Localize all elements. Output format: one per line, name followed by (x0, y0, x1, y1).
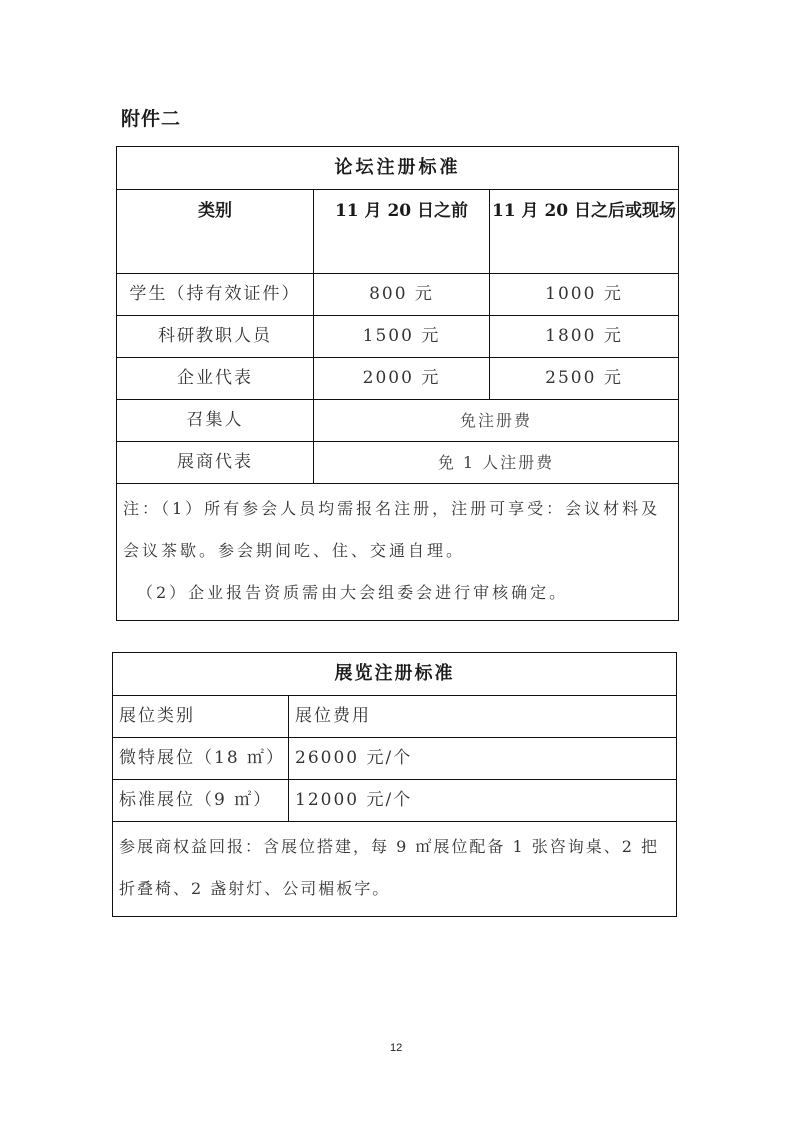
table-row: 标准展位（9 ㎡） 12000 元/个 (113, 780, 677, 822)
fee-cell: 免 1 人注册费 (314, 442, 679, 484)
category-cell: 召集人 (117, 400, 314, 442)
booth-fee-cell: 26000 元/个 (289, 738, 677, 780)
booth-fee-cell: 12000 元/个 (289, 780, 677, 822)
booth-type-cell: 微特展位（18 ㎡） (113, 738, 289, 780)
table-row: 展商代表 免 1 人注册费 (117, 442, 679, 484)
note-line-1: 注：（1）所有参会人员均需报名注册，注册可享受：会议材料及会议茶歇。参会期间吃、… (123, 499, 660, 560)
table-row: 科研教职人员 1500 元 1800 元 (117, 316, 679, 358)
table-row: 企业代表 2000 元 2500 元 (117, 358, 679, 400)
table-row: 召集人 免注册费 (117, 400, 679, 442)
category-cell: 科研教职人员 (117, 316, 314, 358)
booth-type-cell: 标准展位（9 ㎡） (113, 780, 289, 822)
category-cell: 学生（持有效证件） (117, 274, 314, 316)
after-fee-cell: 1800 元 (490, 316, 679, 358)
header-before-date: 11 月 20 日之前 (314, 190, 490, 274)
table-header-row: 展位类别 展位费用 (113, 696, 677, 738)
header-booth-fee: 展位费用 (289, 696, 677, 738)
category-cell: 企业代表 (117, 358, 314, 400)
forum-table-title: 论坛注册标准 (117, 147, 679, 190)
exhibition-registration-table: 展览注册标准 展位类别 展位费用 微特展位（18 ㎡） 26000 元/个 标准… (112, 652, 677, 917)
page-number: 12 (390, 1042, 402, 1054)
note-line-2: （2）企业报告资质需由大会组委会进行审核确定。 (123, 572, 674, 614)
header-after-date: 11 月 20 日之后或现场 (490, 190, 679, 274)
header-category: 类别 (117, 190, 314, 274)
exhibition-note: 参展商权益回报：含展位搭建，每 9 ㎡展位配备 1 张咨询桌、2 把折叠椅、2 … (113, 822, 677, 917)
fee-cell: 免注册费 (314, 400, 679, 442)
exhibition-table-title: 展览注册标准 (113, 653, 677, 696)
after-fee-cell: 2500 元 (490, 358, 679, 400)
forum-registration-table: 论坛注册标准 类别 11 月 20 日之前 11 月 20 日之后或现场 学生（… (116, 146, 679, 621)
forum-note: 注：（1）所有参会人员均需报名注册，注册可享受：会议材料及会议茶歇。参会期间吃、… (117, 484, 679, 621)
table-row: 微特展位（18 ㎡） 26000 元/个 (113, 738, 677, 780)
before-fee-cell: 2000 元 (314, 358, 490, 400)
header-booth-type: 展位类别 (113, 696, 289, 738)
category-cell: 展商代表 (117, 442, 314, 484)
before-fee-cell: 800 元 (314, 274, 490, 316)
table-row: 学生（持有效证件） 800 元 1000 元 (117, 274, 679, 316)
after-fee-cell: 1000 元 (490, 274, 679, 316)
before-fee-cell: 1500 元 (314, 316, 490, 358)
attachment-title: 附件二 (121, 104, 181, 131)
